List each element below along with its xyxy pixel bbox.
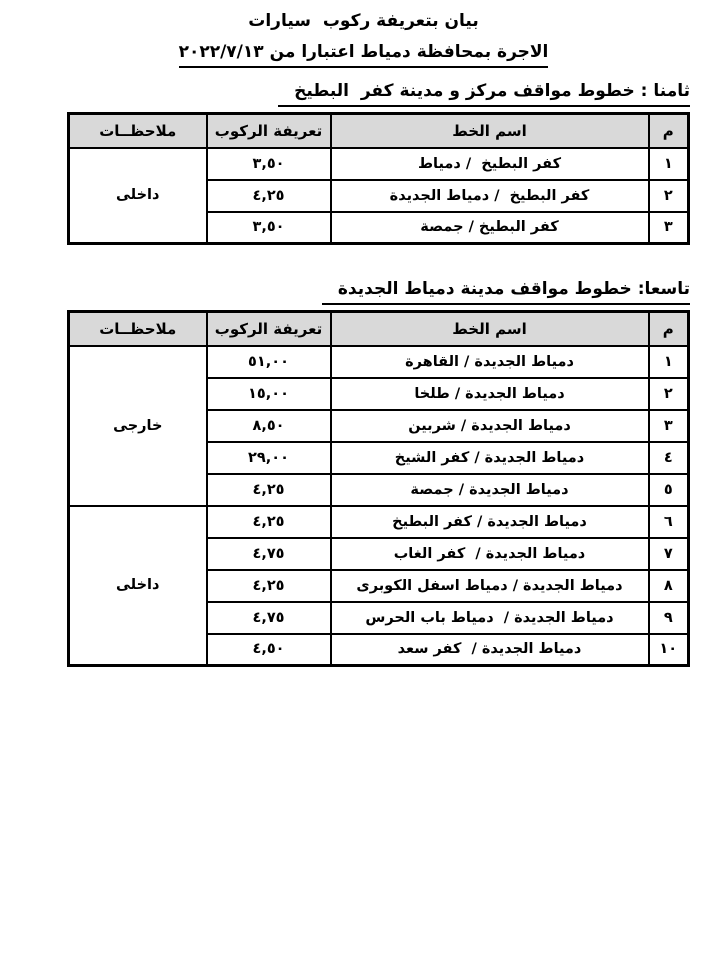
fare-cell: ٤,٢٥: [207, 570, 331, 602]
column-header-fare: تعريفة الركوب: [207, 114, 331, 148]
fare-cell: ٣,٥٠: [207, 212, 331, 244]
line-name-cell: كفر البطيخ / دمياط: [331, 148, 649, 180]
fare-cell: ٥١,٠٠: [207, 346, 331, 378]
fare-cell: ٣,٥٠: [207, 148, 331, 180]
notes-merged-cell: خارجى: [69, 346, 207, 506]
line-name-cell: دمياط الجديدة / دمياط باب الحرس: [331, 602, 649, 634]
row-number-cell: ٩: [649, 602, 689, 634]
fare-cell: ١٥,٠٠: [207, 378, 331, 410]
row-number-cell: ٦: [649, 506, 689, 538]
column-header-notes: ملاحظــات: [69, 114, 207, 148]
row-number-cell: ٥: [649, 474, 689, 506]
line-name-cell: دمياط الجديدة / كفر البطيخ: [331, 506, 649, 538]
row-number-cell: ٢: [649, 180, 689, 212]
fare-cell: ٤,٢٥: [207, 474, 331, 506]
line-name-cell: كفر البطيخ / جمصة: [331, 212, 649, 244]
document-page: بيان بتعريفة ركوب سيارات الاجرة بمحافظة …: [0, 0, 727, 960]
section9-fare-table: م اسم الخط تعريفة الركوب ملاحظــات ١ دمي…: [67, 310, 690, 667]
line-name-cell: دمياط الجديدة / كفر الشيخ: [331, 442, 649, 474]
section8-heading: ثامنا : خطوط مواقف مركز و مدينة كفر البط…: [0, 80, 690, 107]
line-name-cell: دمياط الجديدة / دمياط اسفل الكوبرى: [331, 570, 649, 602]
row-number-cell: ٣: [649, 212, 689, 244]
table-row: ٦ دمياط الجديدة / كفر البطيخ ٤,٢٥ داخلى: [69, 506, 689, 538]
row-number-cell: ٨: [649, 570, 689, 602]
row-number-cell: ١: [649, 346, 689, 378]
row-number-cell: ٣: [649, 410, 689, 442]
column-header-line-name: اسم الخط: [331, 114, 649, 148]
line-name-cell: كفر البطيخ / دمياط الجديدة: [331, 180, 649, 212]
column-header-no: م: [649, 312, 689, 346]
fare-cell: ٤,٥٠: [207, 634, 331, 666]
section9-heading: تاسعا: خطوط مواقف مدينة دمياط الجديدة: [0, 278, 690, 305]
table-row: ١ كفر البطيخ / دمياط ٣,٥٠ داخلى: [69, 148, 689, 180]
row-number-cell: ٤: [649, 442, 689, 474]
page-title: بيان بتعريفة ركوب سيارات: [0, 10, 727, 32]
column-header-notes: ملاحظــات: [69, 312, 207, 346]
row-number-cell: ٢: [649, 378, 689, 410]
fare-cell: ٤,٧٥: [207, 538, 331, 570]
row-number-cell: ١٠: [649, 634, 689, 666]
fare-cell: ٢٩,٠٠: [207, 442, 331, 474]
section8-heading-text: ثامنا : خطوط مواقف مركز و مدينة كفر البط…: [278, 80, 690, 107]
table-row: ١ دمياط الجديدة / القاهرة ٥١,٠٠ خارجى: [69, 346, 689, 378]
fare-cell: ٤,٢٥: [207, 506, 331, 538]
fare-cell: ٤,٧٥: [207, 602, 331, 634]
line-name-cell: دمياط الجديدة / جمصة: [331, 474, 649, 506]
notes-merged-cell: داخلى: [69, 148, 207, 244]
fare-cell: ٤,٢٥: [207, 180, 331, 212]
page-subtitle-text: الاجرة بمحافظة دمياط اعتبارا من ٢٠٢٢/٧/١…: [179, 41, 549, 68]
notes-merged-cell: داخلى: [69, 506, 207, 666]
column-header-fare: تعريفة الركوب: [207, 312, 331, 346]
column-header-line-name: اسم الخط: [331, 312, 649, 346]
table-header-row: م اسم الخط تعريفة الركوب ملاحظــات: [69, 312, 689, 346]
row-number-cell: ١: [649, 148, 689, 180]
line-name-cell: دمياط الجديدة / كفر الغاب: [331, 538, 649, 570]
line-name-cell: دمياط الجديدة / كفر سعد: [331, 634, 649, 666]
fare-cell: ٨,٥٠: [207, 410, 331, 442]
section9-heading-text: تاسعا: خطوط مواقف مدينة دمياط الجديدة: [322, 278, 690, 305]
line-name-cell: دمياط الجديدة / القاهرة: [331, 346, 649, 378]
row-number-cell: ٧: [649, 538, 689, 570]
section8-fare-table: م اسم الخط تعريفة الركوب ملاحظــات ١ كفر…: [67, 112, 690, 245]
column-header-no: م: [649, 114, 689, 148]
table-header-row: م اسم الخط تعريفة الركوب ملاحظــات: [69, 114, 689, 148]
line-name-cell: دمياط الجديدة / شربين: [331, 410, 649, 442]
line-name-cell: دمياط الجديدة / طلخا: [331, 378, 649, 410]
page-subtitle: الاجرة بمحافظة دمياط اعتبارا من ٢٠٢٢/٧/١…: [0, 41, 727, 68]
